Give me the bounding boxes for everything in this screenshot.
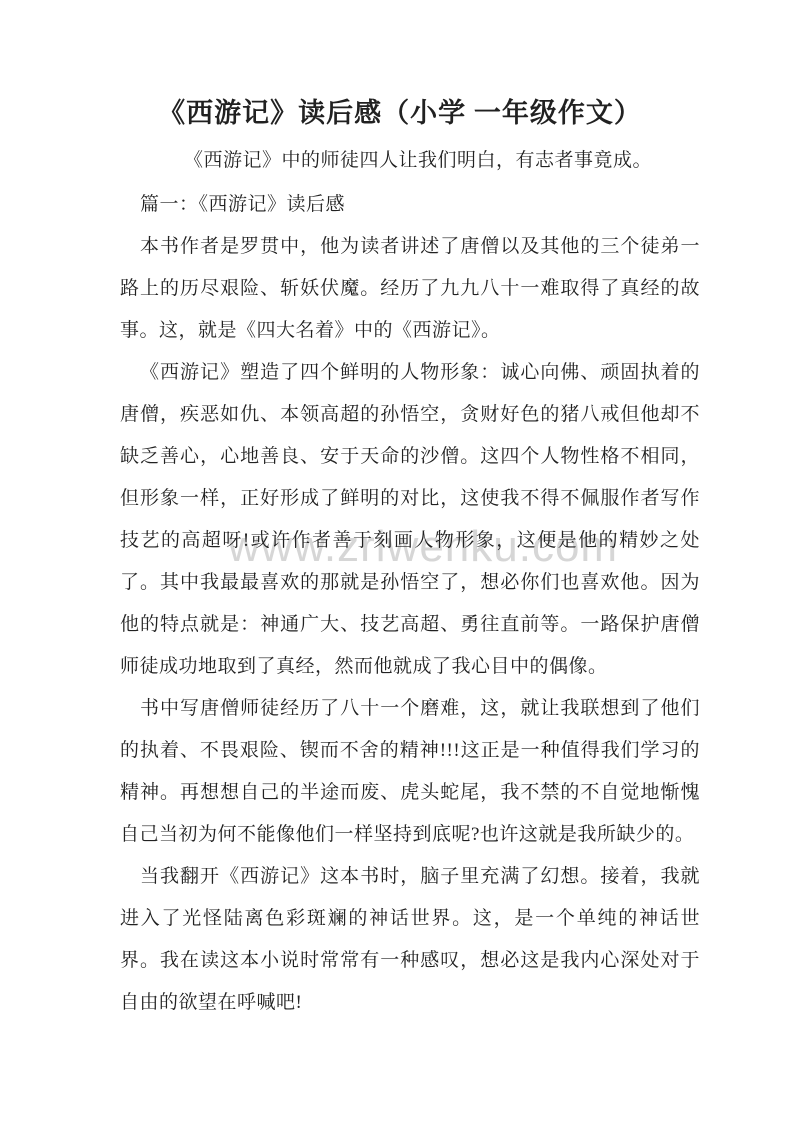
document-title: 《西游记》读后感（小学 一年级作文） [0, 0, 800, 132]
paragraph: 《西游记》塑造了四个鲜明的人物形象：诚心向佛、顽固执着的唐僧，疾恶如仇、本领高超… [120, 352, 700, 688]
document-body: 《西游记》中的师徒四人让我们明白，有志者事竟成。 篇一：《西游记》读后感 本书作… [120, 140, 700, 1024]
section-heading: 篇一：《西游记》读后感 [120, 184, 700, 226]
document-page: www.zriwenku.com 《西游记》读后感（小学 一年级作文） 《西游记… [0, 0, 800, 1132]
paragraph: 本书作者是罗贯中，他为读者讲述了唐僧以及其他的三个徒弟一路上的历尽艰险、斩妖伏魔… [120, 226, 700, 352]
paragraph: 当我翻开《西游记》这本书时，脑子里充满了幻想。接着，我就进入了光怪陆离色彩斑斓的… [120, 856, 700, 1024]
document-subtitle: 《西游记》中的师徒四人让我们明白，有志者事竟成。 [120, 140, 700, 182]
paragraph: 书中写唐僧师徒经历了八十一个磨难，这，就让我联想到了他们的执着、不畏艰险、锲而不… [120, 688, 700, 856]
